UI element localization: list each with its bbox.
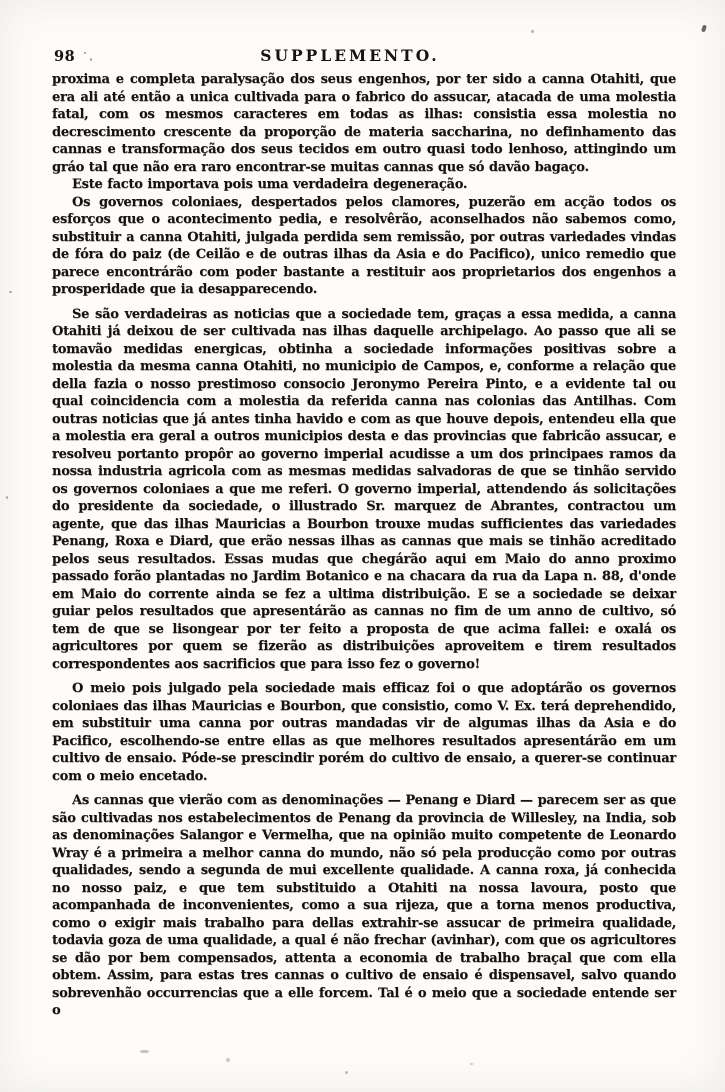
paragraph-1: proxima e completa paralysação dos seus … xyxy=(52,71,676,176)
paragraph-3: Os governos coloniaes, despertados pelos… xyxy=(52,194,676,299)
scan-speck xyxy=(531,30,534,33)
scan-speck xyxy=(226,1058,230,1062)
scan-speck xyxy=(140,1050,149,1053)
scan-speck xyxy=(701,25,707,33)
scan-speck xyxy=(345,1071,348,1074)
paragraph-6: As cannas que vierão com as denominações… xyxy=(52,792,676,1020)
paragraph-4: Se são verdadeiras as noticias que a soc… xyxy=(52,306,676,674)
scan-speck xyxy=(470,1063,473,1065)
scan-speck xyxy=(9,291,12,293)
paragraph-5: O meio pois julgado pela sociedade mais … xyxy=(52,680,676,785)
page-title: SUPPLEMENTO. xyxy=(38,46,662,65)
scanned-document-page: 98 SUPPLEMENTO. proxima e completa paral… xyxy=(0,0,725,1092)
running-header: 98 SUPPLEMENTO. xyxy=(52,46,676,68)
scan-speck xyxy=(6,496,8,499)
paragraph-2: Este facto importava pois uma verdadeira… xyxy=(52,176,676,194)
body-text-block: proxima e completa paralysação dos seus … xyxy=(52,71,676,1020)
